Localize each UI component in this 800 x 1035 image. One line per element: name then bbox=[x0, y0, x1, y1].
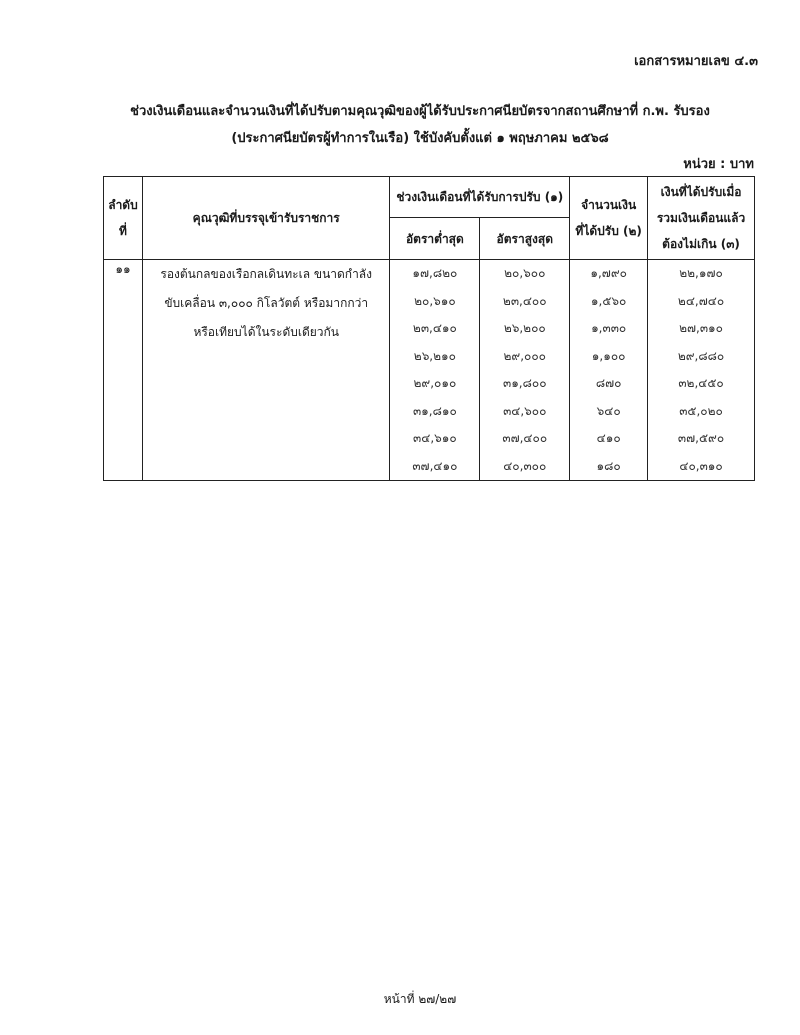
min-rate-value: ๓๑,๘๑๐ bbox=[390, 398, 479, 426]
min-rate-value: ๒๓,๔๑๐ bbox=[390, 315, 479, 343]
total-value: ๒๒,๑๗๐ bbox=[648, 260, 754, 288]
min-rate-value: ๑๗,๘๒๐ bbox=[390, 260, 479, 288]
total-value: ๓๕,๐๒๐ bbox=[648, 398, 754, 426]
adjust-amount-value: ๔๑๐ bbox=[570, 425, 647, 453]
max-rate-value: ๒๖,๒๐๐ bbox=[480, 315, 569, 343]
min-rate-value: ๓๔,๖๑๐ bbox=[390, 425, 479, 453]
header-row: ลำดับ ที่ คุณวุฒิที่บรรจุเข้ารับราชการ ช… bbox=[104, 177, 755, 218]
table-row: ๑๑รองต้นกลของเรือกลเดินทะเล ขนาดกำลังขับ… bbox=[104, 260, 755, 481]
header-min-rate: อัตราต่ำสุด bbox=[390, 218, 480, 260]
cell-min-rates: ๑๗,๘๒๐๒๐,๖๑๐๒๓,๔๑๐๒๖,๒๑๐๒๙,๐๑๐๓๑,๘๑๐๓๔,๖… bbox=[390, 260, 480, 481]
total-value: ๔๐,๓๑๐ bbox=[648, 453, 754, 481]
max-rate-value: ๓๔,๖๐๐ bbox=[480, 398, 569, 426]
cell-qualification: รองต้นกลของเรือกลเดินทะเล ขนาดกำลังขับเค… bbox=[142, 260, 389, 481]
cell-totals: ๒๒,๑๗๐๒๔,๗๔๐๒๗,๓๑๐๒๙,๘๘๐๓๒,๔๕๐๓๕,๐๒๐๓๗,๕… bbox=[648, 260, 755, 481]
header-total-line-3: ต้องไม่เกิน (๓) bbox=[648, 231, 754, 257]
min-rate-value: ๒๐,๖๑๐ bbox=[390, 288, 479, 316]
page-number: หน้าที่ ๒๗/๒๗ bbox=[0, 990, 800, 1009]
adjust-amount-value: ๘๗๐ bbox=[570, 370, 647, 398]
salary-table: ลำดับ ที่ คุณวุฒิที่บรรจุเข้ารับราชการ ช… bbox=[103, 176, 755, 481]
min-rate-value: ๒๖,๒๑๐ bbox=[390, 343, 479, 371]
cell-max-rates: ๒๐,๖๐๐๒๓,๔๐๐๒๖,๒๐๐๒๙,๐๐๐๓๑,๘๐๐๓๔,๖๐๐๓๗,๔… bbox=[480, 260, 570, 481]
header-max-rate: อัตราสูงสุด bbox=[480, 218, 570, 260]
max-rate-value: ๓๗,๔๐๐ bbox=[480, 425, 569, 453]
adjust-amount-value: ๑,๓๓๐ bbox=[570, 315, 647, 343]
qualification-line: หรือเทียบได้ในระดับเดียวกัน bbox=[143, 318, 389, 347]
total-value: ๒๔,๗๔๐ bbox=[648, 288, 754, 316]
unit-label: หน่วย : บาท bbox=[683, 153, 754, 174]
header-total: เงินที่ได้ปรับเมื่อ รวมเงินเดือนแล้ว ต้อ… bbox=[648, 177, 755, 260]
header-order-line-2: ที่ bbox=[104, 218, 142, 244]
total-value: ๓๗,๕๙๐ bbox=[648, 425, 754, 453]
cell-order: ๑๑ bbox=[104, 260, 143, 481]
adjust-amount-value: ๑,๗๙๐ bbox=[570, 260, 647, 288]
header-total-line-2: รวมเงินเดือนแล้ว bbox=[648, 205, 754, 231]
qualification-line: รองต้นกลของเรือกลเดินทะเล ขนาดกำลัง bbox=[143, 260, 389, 289]
header-salary-range: ช่วงเงินเดือนที่ได้รับการปรับ (๑) bbox=[390, 177, 570, 218]
header-adjust-amount-line-2: ที่ได้ปรับ (๒) bbox=[570, 218, 647, 244]
cell-adjust-amounts: ๑,๗๙๐๑,๕๖๐๑,๓๓๐๑,๑๐๐๘๗๐๖๔๐๔๑๐๑๘๐ bbox=[570, 260, 648, 481]
adjust-amount-value: ๑๘๐ bbox=[570, 453, 647, 481]
header-adjust-amount: จำนวนเงิน ที่ได้ปรับ (๒) bbox=[570, 177, 648, 260]
total-value: ๓๒,๔๕๐ bbox=[648, 370, 754, 398]
min-rate-value: ๒๙,๐๑๐ bbox=[390, 370, 479, 398]
max-rate-value: ๓๑,๘๐๐ bbox=[480, 370, 569, 398]
total-value: ๒๗,๓๑๐ bbox=[648, 315, 754, 343]
min-rate-value: ๓๗,๔๑๐ bbox=[390, 453, 479, 481]
document-title-line-2: (ประกาศนียบัตรผู้ทำการในเรือ) ใช้บังคับต… bbox=[20, 127, 800, 148]
qualification-line: ขับเคลื่อน ๓,๐๐๐ กิโลวัตต์ หรือมากกว่า bbox=[143, 289, 389, 318]
header-qualification: คุณวุฒิที่บรรจุเข้ารับราชการ bbox=[142, 177, 389, 260]
adjust-amount-value: ๑,๕๖๐ bbox=[570, 288, 647, 316]
max-rate-value: ๒๓,๔๐๐ bbox=[480, 288, 569, 316]
max-rate-value: ๒๐,๖๐๐ bbox=[480, 260, 569, 288]
total-value: ๒๙,๘๘๐ bbox=[648, 343, 754, 371]
header-order: ลำดับ ที่ bbox=[104, 177, 143, 260]
document-number: เอกสารหมายเลข ๔.๓ bbox=[634, 50, 758, 71]
header-adjust-amount-line-1: จำนวนเงิน bbox=[570, 192, 647, 218]
adjust-amount-value: ๑,๑๐๐ bbox=[570, 343, 647, 371]
header-total-line-1: เงินที่ได้ปรับเมื่อ bbox=[648, 179, 754, 205]
max-rate-value: ๔๐,๓๐๐ bbox=[480, 453, 569, 481]
document-title-line-1: ช่วงเงินเดือนและจำนวนเงินที่ได้ปรับตามคุ… bbox=[20, 100, 800, 121]
header-order-line-1: ลำดับ bbox=[104, 192, 142, 218]
adjust-amount-value: ๖๔๐ bbox=[570, 398, 647, 426]
max-rate-value: ๒๙,๐๐๐ bbox=[480, 343, 569, 371]
